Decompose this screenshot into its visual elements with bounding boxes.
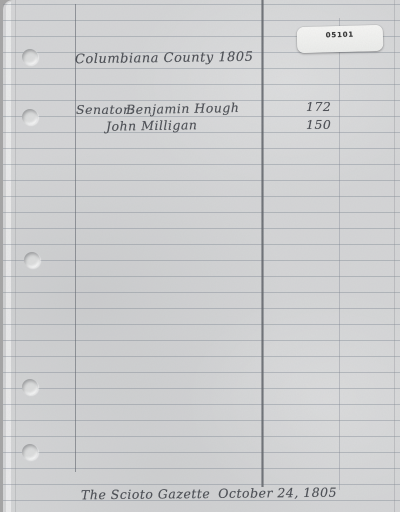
archive-id-label: 05101 (297, 25, 384, 53)
source-date: October 24, 1805 (218, 485, 337, 501)
column-divider-line (261, 0, 264, 487)
source-publication: The Scioto Gazette (81, 486, 210, 502)
candidate-votes: 172 (306, 99, 331, 114)
archive-id-number: 05101 (326, 31, 355, 53)
binder-hole (22, 49, 38, 65)
scanned-ledger-page: 05101 Columbiana County 1805 Senator: Be… (3, 0, 400, 512)
binder-hole (22, 444, 38, 460)
binder-hole (22, 109, 38, 125)
binder-hole (22, 379, 38, 395)
source-citation: The Scioto Gazette October 24, 1805 (81, 485, 337, 503)
county-year-title: Columbiana County 1805 (75, 50, 254, 67)
binder-hole (24, 252, 40, 268)
candidate-votes: 150 (306, 117, 331, 132)
right-edge-line (394, 0, 395, 512)
left-margin-line (75, 4, 76, 472)
candidate-name: Benjamin Hough (126, 100, 240, 117)
votes-column-line (339, 18, 340, 490)
ruled-lines (3, 0, 400, 512)
candidate-name: John Milligan (106, 117, 198, 134)
